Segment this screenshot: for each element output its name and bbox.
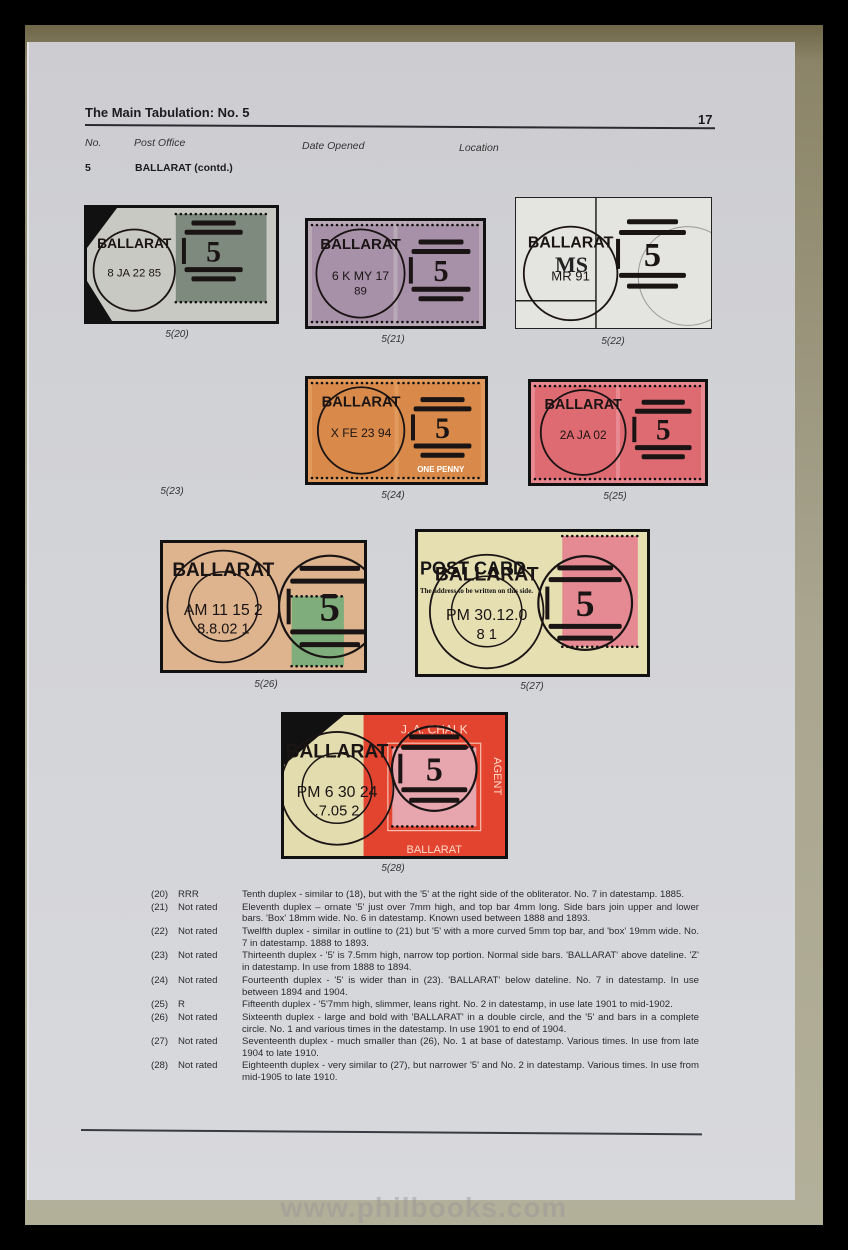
svg-text:8.8.02 1: 8.8.02 1 (197, 621, 249, 637)
note-rating: Not rated (178, 902, 242, 926)
figure-5-25: BALLARAT2A JA 025 (528, 379, 708, 486)
note-row: (28)Not ratedEighteenth duplex - very si… (151, 1060, 699, 1084)
column-no: No. (85, 137, 101, 149)
figure-5-24: ONE PENNYBALLARATX FE 23 945 (305, 376, 488, 485)
svg-text:BALLARAT: BALLARAT (528, 235, 614, 252)
note-number: (27) (151, 1036, 178, 1060)
column-date-opened: Date Opened (302, 140, 364, 152)
note-row: (25)RFifteenth duplex - '5'7mm high, sli… (151, 999, 699, 1011)
svg-text:BALLARAT: BALLARAT (435, 564, 539, 585)
note-text: Fifteenth duplex - '5'7mm high, slimmer,… (242, 999, 699, 1011)
figure-5-21: BALLARAT6 K MY 17 895 (305, 218, 486, 329)
svg-text:MR 91: MR 91 (551, 268, 590, 283)
figure-5-22: MSBALLARATMR 915 (515, 197, 712, 329)
svg-text:5: 5 (435, 413, 450, 445)
svg-text:8 1: 8 1 (476, 627, 497, 643)
caption-5-22: 5(22) (601, 336, 624, 347)
note-text: Fourteenth duplex - '5' is wider than in… (242, 975, 699, 999)
svg-text:5: 5 (576, 584, 595, 625)
note-rating: Not rated (178, 926, 242, 950)
note-row: (24)Not ratedFourteenth duplex - '5' is … (151, 975, 699, 999)
caption-5-25: 5(25) (603, 491, 626, 502)
note-number: (26) (151, 1012, 178, 1036)
note-rating: Not rated (178, 975, 242, 999)
svg-text:PM 30.12.0: PM 30.12.0 (446, 607, 527, 624)
column-post-office: Post Office (134, 137, 185, 149)
svg-text:PM 6 30 24: PM 6 30 24 (297, 784, 378, 801)
note-text: Sixteenth duplex - large and bold with '… (242, 1012, 699, 1036)
svg-text:8 JA 22 85: 8 JA 22 85 (107, 267, 161, 279)
note-number: (28) (151, 1060, 178, 1084)
svg-text:6 K MY 17: 6 K MY 17 (332, 269, 389, 283)
note-text: Thirteenth duplex - '5' is 7.5mm high, n… (242, 950, 699, 974)
note-rating: R (178, 999, 242, 1011)
note-rating: Not rated (178, 950, 242, 974)
svg-text:BALLARAT: BALLARAT (320, 236, 400, 253)
note-text: Eleventh duplex – ornate '5' just over 7… (242, 902, 699, 926)
note-row: (26)Not ratedSixteenth duplex - large an… (151, 1012, 699, 1036)
figure-notes: (20)RRRTenth duplex - similar to (18), b… (151, 889, 699, 1085)
note-number: (25) (151, 999, 178, 1011)
svg-text:BALLARAT: BALLARAT (97, 235, 172, 251)
note-row: (27)Not ratedSeventeenth duplex - much s… (151, 1036, 699, 1060)
svg-text:89: 89 (354, 286, 367, 298)
note-row: (23)Not ratedThirteenth duplex - '5' is … (151, 950, 699, 974)
note-rating: Not rated (178, 1012, 242, 1036)
svg-text:5: 5 (644, 236, 661, 274)
svg-text:5: 5 (433, 254, 448, 288)
caption-5-20: 5(20) (165, 329, 188, 340)
note-text: Seventeenth duplex - much smaller than (… (242, 1036, 699, 1060)
caption-5-21: 5(21) (381, 334, 404, 345)
entry-number: 5 (85, 162, 91, 174)
note-text: Twelfth duplex - similar in outline to (… (242, 926, 699, 950)
figure-5-26: BALLARATAM 11 15 28.8.02 15 (160, 540, 367, 673)
svg-text:BALLARAT: BALLARAT (545, 397, 623, 413)
note-row: (22)Not ratedTwelfth duplex - similar in… (151, 926, 699, 950)
figure-5-20: BALLARAT8 JA 22 855 (84, 205, 279, 324)
svg-text:ONE PENNY: ONE PENNY (417, 465, 465, 474)
figure-5-27: POST CARDThe address to be written on th… (415, 529, 650, 677)
page-number: 17 (698, 112, 712, 127)
caption-5-24: 5(24) (381, 490, 404, 501)
svg-text:BALLARAT: BALLARAT (172, 560, 274, 581)
caption-5-28: 5(28) (381, 863, 404, 874)
note-number: (20) (151, 889, 178, 901)
note-text: Tenth duplex - similar to (18), but with… (242, 889, 699, 901)
note-row: (20)RRRTenth duplex - similar to (18), b… (151, 889, 699, 901)
column-location: Location (459, 142, 499, 154)
note-number: (22) (151, 926, 178, 950)
svg-text:.7.05 2: .7.05 2 (315, 803, 360, 819)
note-number: (23) (151, 950, 178, 974)
note-text: Eighteenth duplex - very similar to (27)… (242, 1060, 699, 1084)
note-number: (24) (151, 975, 178, 999)
note-rating: RRR (178, 889, 242, 901)
note-rating: Not rated (178, 1060, 242, 1084)
page-title: The Main Tabulation: No. 5 (85, 105, 249, 120)
svg-text:5: 5 (320, 585, 340, 630)
figure-5-28: J. A. CHALKBALLARATAGENTBALLARATPM 6 30 … (281, 712, 508, 859)
watermark: www.philbooks.com (0, 1192, 848, 1224)
svg-text:BALLARAT: BALLARAT (286, 741, 389, 762)
svg-text:AGENT: AGENT (491, 757, 503, 795)
svg-text:BALLARAT: BALLARAT (407, 844, 463, 856)
note-row: (21)Not ratedEleventh duplex – ornate '5… (151, 902, 699, 926)
note-rating: Not rated (178, 1036, 242, 1060)
svg-text:AM 11 15 2: AM 11 15 2 (184, 602, 263, 619)
svg-text:BALLARAT: BALLARAT (322, 395, 401, 411)
svg-text:5: 5 (656, 415, 671, 447)
svg-text:2A JA 02: 2A JA 02 (560, 428, 607, 442)
entry-name: BALLARAT (contd.) (135, 162, 233, 174)
caption-5-23: 5(23) (160, 486, 183, 497)
caption-5-27: 5(27) (520, 681, 543, 692)
note-number: (21) (151, 902, 178, 926)
svg-text:5: 5 (426, 751, 443, 788)
caption-5-26: 5(26) (254, 679, 277, 690)
svg-text:5: 5 (206, 235, 221, 268)
svg-text:X FE 23 94: X FE 23 94 (331, 426, 392, 440)
